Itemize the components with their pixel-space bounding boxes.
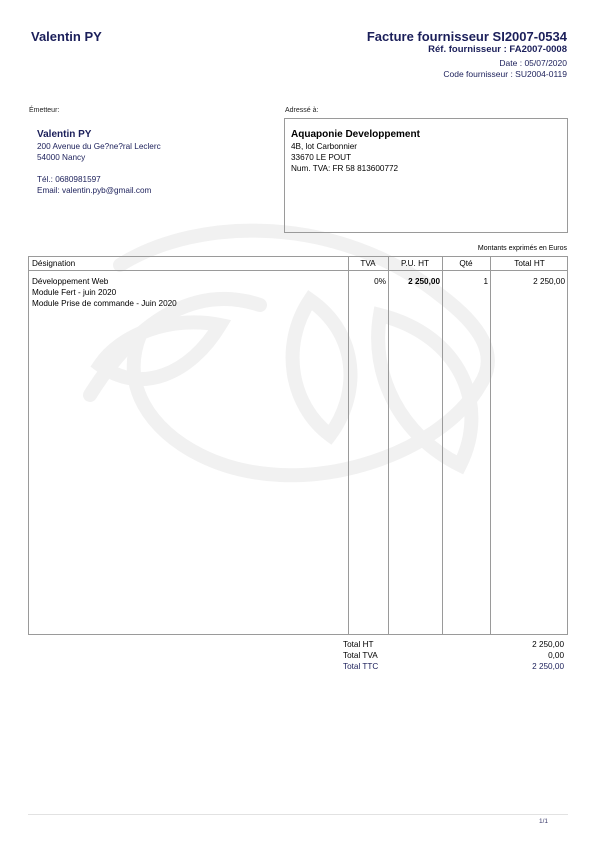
supplier-reference: Réf. fournisseur : FA2007-0008 — [428, 44, 567, 55]
supplier-code: Code fournisseur : SU2004-0119 — [443, 69, 567, 79]
invoice-lines-table: Désignation TVA P.U. HT Qté Total HT Dév… — [28, 256, 568, 635]
table-cell-tva: 0% — [348, 276, 386, 287]
currency-note: Montants exprimés en Euros — [478, 245, 567, 252]
recipient-block: Aquaponie Developpement 4B, lot Carbonni… — [291, 129, 420, 174]
recipient-address-line1: 4B, lot Carbonnier — [291, 141, 420, 152]
column-divider — [490, 257, 491, 634]
total-tva-label: Total TVA — [343, 650, 378, 661]
column-header-tva: TVA — [348, 259, 388, 268]
total-ttc-label: Total TTC — [343, 661, 378, 672]
total-ttc-value: 2 250,00 — [532, 661, 564, 672]
sender-label: Émetteur: — [29, 107, 59, 114]
invoice-title: Facture fournisseur SI2007-0534 — [367, 29, 567, 44]
totals-labels: Total HT Total TVA Total TTC — [343, 639, 378, 672]
column-header-quantity: Qté — [442, 259, 490, 268]
column-divider — [388, 257, 389, 634]
table-row-designation: Développement Web Module Fert - juin 202… — [32, 276, 177, 309]
designation-line: Développement Web — [32, 276, 177, 287]
column-divider — [348, 257, 349, 634]
footer-divider — [28, 814, 568, 815]
sender-name: Valentin PY — [37, 129, 161, 141]
table-cell-quantity: 1 — [442, 276, 488, 287]
recipient-vat-number: Num. TVA: FR 58 813600772 — [291, 163, 420, 174]
recipient-address-line2: 33670 LE POUT — [291, 152, 420, 163]
total-tva-value: 0,00 — [532, 650, 564, 661]
table-cell-unit-price: 2 250,00 — [388, 276, 440, 287]
sender-address-line1: 200 Avenue du Ge?ne?ral Leclerc — [37, 141, 161, 152]
total-ht-value: 2 250,00 — [532, 639, 564, 650]
designation-line: Module Prise de commande - Juin 2020 — [32, 298, 177, 309]
total-ht-label: Total HT — [343, 639, 378, 650]
column-divider — [442, 257, 443, 634]
company-name: Valentin PY — [31, 29, 102, 44]
column-header-total-ht: Total HT — [490, 259, 569, 268]
recipient-name: Aquaponie Developpement — [291, 129, 420, 141]
sender-address-line2: 54000 Nancy — [37, 152, 161, 163]
sender-email: Email: valentin.pyb@gmail.com — [37, 185, 161, 196]
totals-values: 2 250,00 0,00 2 250,00 — [532, 639, 564, 672]
table-cell-total-ht: 2 250,00 — [490, 276, 565, 287]
table-header-divider — [29, 270, 567, 271]
recipient-label: Adressé à: — [285, 107, 318, 114]
invoice-date: Date : 05/07/2020 — [499, 58, 567, 68]
page-number: 1/1 — [539, 818, 548, 825]
column-header-unit-price: P.U. HT — [388, 259, 442, 268]
sender-phone: Tél.: 0680981597 — [37, 174, 161, 185]
sender-block: Valentin PY 200 Avenue du Ge?ne?ral Lecl… — [37, 129, 161, 196]
designation-line: Module Fert - juin 2020 — [32, 287, 177, 298]
column-header-designation: Désignation — [32, 259, 75, 268]
